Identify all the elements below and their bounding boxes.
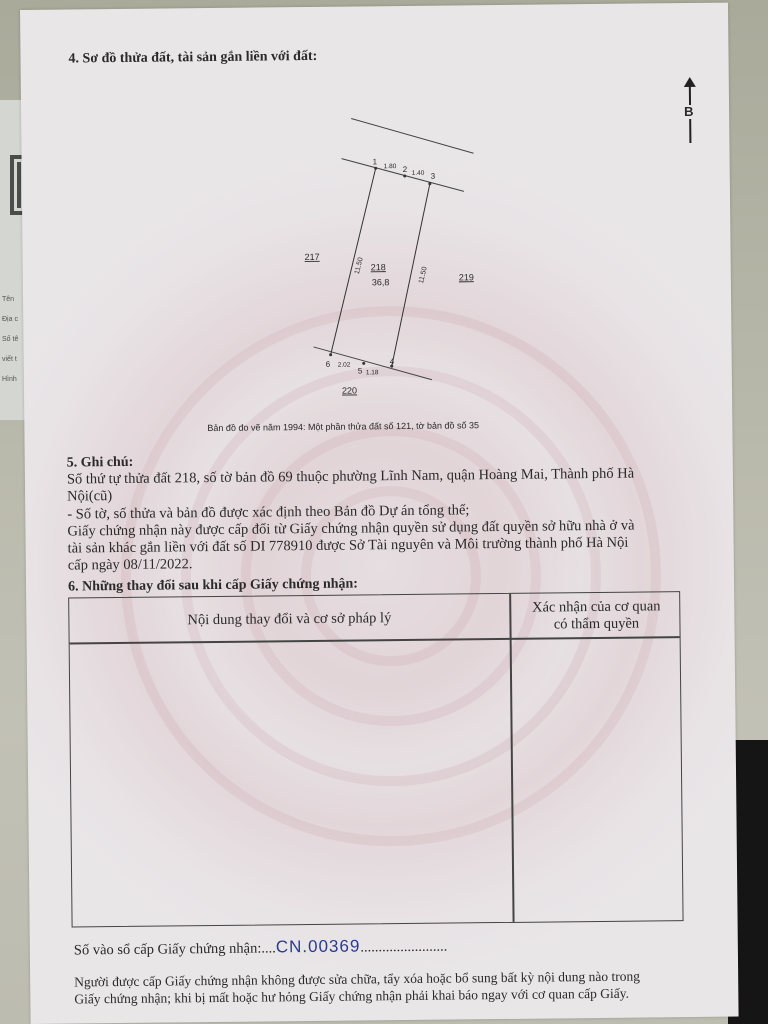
background-text: viết t (2, 356, 17, 363)
vertex-label: 4 (390, 357, 395, 366)
background-text: Số tê (2, 336, 18, 343)
registration-label: Số vào sổ cấp Giấy chứng nhận: (74, 941, 262, 959)
dimension-label: 1.80 (384, 163, 397, 170)
background-text: Hình (2, 376, 17, 383)
header-line: có thẩm quyền (511, 615, 681, 634)
background-text: Tên (2, 296, 14, 303)
vertex-label: 5 (358, 366, 363, 375)
background-text: Địa c (2, 316, 18, 323)
certificate-page: 4. Sơ đồ thửa đất, tài sản gắn liền với … (20, 3, 739, 1024)
leader-dots: ........................ (360, 939, 447, 956)
dimension-label: 1.18 (366, 369, 379, 376)
dimension-label: 2.02 (338, 362, 351, 369)
note-line: Số thứ tự thửa đất 218, số tờ bản đồ 69 … (67, 466, 634, 489)
vertex-label: 6 (326, 360, 331, 369)
header-line: Xác nhận của cơ quan (511, 598, 681, 617)
note-line: Nội(cũ) (67, 488, 112, 505)
leader-dots: .... (261, 940, 276, 956)
map-survey-note: Bản đồ đo vẽ năm 1994: Một phần thửa đất… (207, 420, 479, 433)
parcel-diagram: 1 1.80 2 1.40 3 217 218 36,8 219 11.50 1… (20, 3, 732, 430)
vertex-label: 2 (403, 165, 408, 174)
section-5-title: 5. Ghi chú: (67, 455, 134, 472)
dimension-label: 11.50 (354, 257, 365, 275)
changes-table: Nội dung thay đổi và cơ sở pháp lý Xác n… (68, 591, 683, 927)
neighbor-parcel-219: 219 (459, 272, 474, 282)
section-6-title: 6. Những thay đổi sau khi cấp Giấy chứng… (68, 576, 358, 595)
neighbor-parcel-220: 220 (342, 385, 357, 395)
table-header-confirmation: Xác nhận của cơ quan có thẩm quyền (511, 598, 681, 634)
table-header-content: Nội dung thay đổi và cơ sở pháp lý (69, 609, 509, 631)
subject-parcel-number: 218 (371, 262, 386, 272)
vertex-label: 3 (431, 172, 436, 181)
dimension-label: 11.50 (418, 266, 429, 284)
registration-number: CN.00369 (276, 936, 361, 956)
registration-number-line: Số vào sổ cấp Giấy chứng nhận:....CN.003… (74, 936, 448, 960)
note-line: cấp ngày 08/11/2022. (68, 556, 193, 574)
parcel-area: 36,8 (372, 277, 390, 287)
neighbor-parcel-217: 217 (305, 252, 320, 262)
dimension-label: 1.40 (412, 170, 425, 177)
vertex-label: 1 (373, 157, 378, 166)
